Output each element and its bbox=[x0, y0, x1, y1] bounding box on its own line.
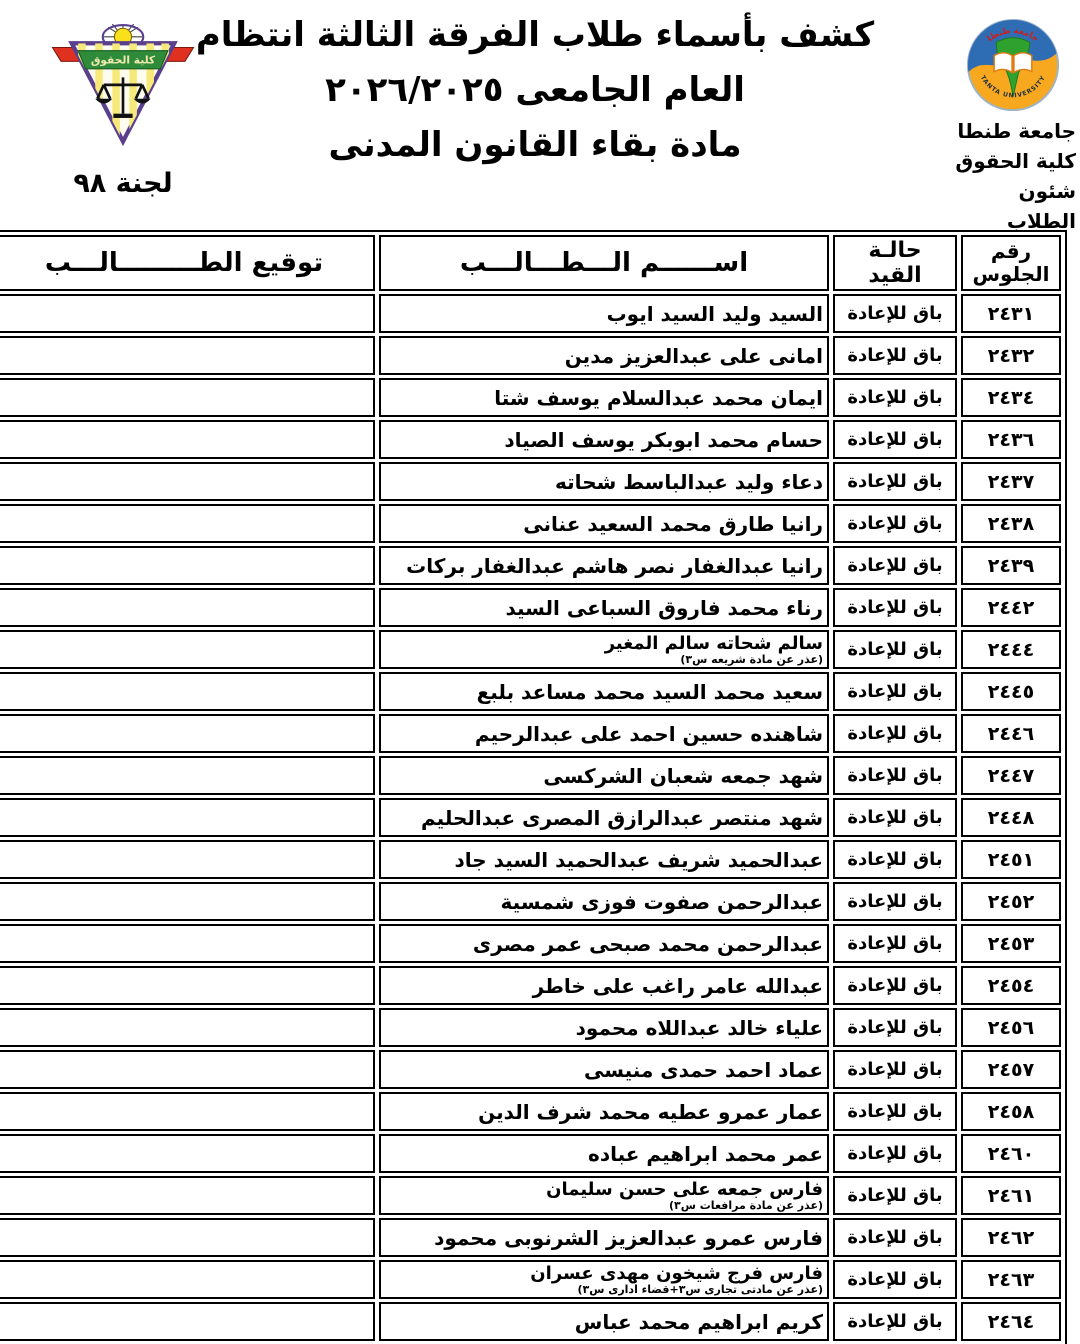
seat-number-cell: ٢٤٦١ bbox=[961, 1176, 1061, 1215]
seat-number-cell: ٢٤٤٦ bbox=[961, 714, 1061, 753]
student-name-cell: رانيا طارق محمد السعيد عنانى bbox=[379, 504, 829, 543]
student-row: ٢٤٦١ باق للإعادة فارس جمعه على حسن سليما… bbox=[0, 1176, 1061, 1215]
student-name: عبدالرحمن محمد صبحى عمر مصرى bbox=[473, 932, 823, 956]
signature-cell bbox=[0, 756, 375, 795]
status-cell: باق للإعادة bbox=[833, 1218, 957, 1257]
student-row: ٢٤٤٨ باق للإعادة شهد منتصر عبدالرازق الم… bbox=[0, 798, 1061, 837]
student-name: رانيا عبدالغفار نصر هاشم عبدالغفار بركات bbox=[406, 554, 823, 578]
student-row: ٢٤٥٤ باق للإعادة عبدالله عامر راغب على خ… bbox=[0, 966, 1061, 1005]
seat-number-cell: ٢٤٤٨ bbox=[961, 798, 1061, 837]
student-name-cell: سالم شحاته سالم المغير (عذر عن مادة شريع… bbox=[379, 630, 829, 669]
student-row: ٢٤٥١ باق للإعادة عبدالحميد شريف عبدالحمي… bbox=[0, 840, 1061, 879]
student-row: ٢٤٤٤ باق للإعادة سالم شحاته سالم المغير … bbox=[0, 630, 1061, 669]
student-name-cell: فارس فرج شيخون مهدى عسران (عذر عن مادتى … bbox=[379, 1260, 829, 1299]
student-name-cell: السيد وليد السيد ايوب bbox=[379, 294, 829, 333]
student-name: ايمان محمد عبدالسلام يوسف شتا bbox=[494, 386, 823, 410]
student-name: امانى على عبدالعزيز مدين bbox=[565, 344, 823, 368]
signature-cell bbox=[0, 420, 375, 459]
student-name: كريم ابراهيم محمد عباس bbox=[575, 1310, 823, 1334]
seat-number-cell: ٢٤٥٨ bbox=[961, 1092, 1061, 1131]
signature-cell bbox=[0, 1008, 375, 1047]
status-cell: باق للإعادة bbox=[833, 630, 957, 669]
student-name-cell: علياء خالد عبداللاه محمود bbox=[379, 1008, 829, 1047]
status-cell: باق للإعادة bbox=[833, 504, 957, 543]
status-cell: باق للإعادة bbox=[833, 1302, 957, 1341]
signature-cell bbox=[0, 462, 375, 501]
seat-number-cell: ٢٤٥٦ bbox=[961, 1008, 1061, 1047]
faculty-block: كلية الحقوق لجنة ٩٨ bbox=[38, 24, 208, 199]
student-name: دعاء وليد عبدالباسط شحاته bbox=[555, 470, 823, 494]
seat-number-cell: ٢٤٣١ bbox=[961, 294, 1061, 333]
student-name-cell: فارس عمرو عبدالعزيز الشرنوبى محمود bbox=[379, 1218, 829, 1257]
signature-cell bbox=[0, 672, 375, 711]
student-name-cell: فارس جمعه على حسن سليمان (عذر عن مادة مر… bbox=[379, 1176, 829, 1215]
faculty-name: كلية الحقوق bbox=[948, 146, 1076, 176]
title-line-2: العام الجامعى ٢٠٢٦/٢٠٢٥ bbox=[195, 63, 875, 118]
student-table-body: ٢٤٣١ باق للإعادة السيد وليد السيد ايوب ٢… bbox=[0, 294, 1061, 1341]
student-name-cell: رانيا عبدالغفار نصر هاشم عبدالغفار بركات bbox=[379, 546, 829, 585]
student-name-cell: عمر محمد ابراهيم عباده bbox=[379, 1134, 829, 1173]
signature-cell bbox=[0, 1050, 375, 1089]
student-row: ٢٤٦٤ باق للإعادة كريم ابراهيم محمد عباس bbox=[0, 1302, 1061, 1341]
seat-number-cell: ٢٤٤٥ bbox=[961, 672, 1061, 711]
signature-cell bbox=[0, 1260, 375, 1299]
student-name: شاهنده حسين احمد على عبدالرحيم bbox=[475, 722, 823, 746]
student-name: سالم شحاته سالم المغير bbox=[605, 633, 823, 654]
student-name-cell: عبدالرحمن محمد صبحى عمر مصرى bbox=[379, 924, 829, 963]
student-name-cell: شهد منتصر عبدالرازق المصرى عبدالحليم bbox=[379, 798, 829, 837]
student-note: (عذر عن مادة شريعه س٣) bbox=[385, 654, 823, 665]
student-name: رناء محمد فاروق السباعى السيد bbox=[505, 596, 823, 620]
student-row: ٢٤٦٣ باق للإعادة فارس فرج شيخون مهدى عسر… bbox=[0, 1260, 1061, 1299]
signature-cell bbox=[0, 378, 375, 417]
student-name: عبدالحميد شريف عبدالحميد السيد جاد bbox=[455, 848, 823, 872]
student-row: ٢٤٣١ باق للإعادة السيد وليد السيد ايوب bbox=[0, 294, 1061, 333]
student-name: علياء خالد عبداللاه محمود bbox=[576, 1016, 823, 1040]
signature-cell bbox=[0, 840, 375, 879]
signature-cell bbox=[0, 1134, 375, 1173]
university-name: جامعة طنطا bbox=[948, 116, 1076, 146]
signature-cell bbox=[0, 336, 375, 375]
law-faculty-logo-icon: كلية الحقوق bbox=[48, 24, 198, 150]
seat-number-cell: ٢٤٦٠ bbox=[961, 1134, 1061, 1173]
student-note: (عذر عن مادتى تجارى س٣+قضاء ادارى س٣) bbox=[385, 1284, 823, 1295]
signature-cell bbox=[0, 504, 375, 543]
student-row: ٢٤٥٢ باق للإعادة عبدالرحمن صفوت فوزى شمس… bbox=[0, 882, 1061, 921]
status-cell: باق للإعادة bbox=[833, 966, 957, 1005]
student-row: ٢٤٣٦ باق للإعادة حسام محمد ابوبكر يوسف ا… bbox=[0, 420, 1061, 459]
student-name: سعيد محمد السيد محمد مساعد بلبع bbox=[477, 680, 823, 704]
student-name: السيد وليد السيد ايوب bbox=[607, 302, 823, 326]
student-name: شهد منتصر عبدالرازق المصرى عبدالحليم bbox=[421, 806, 823, 830]
column-header-signature: توقيع الطـــــــــالـــب bbox=[0, 235, 375, 291]
committee-number: لجنة ٩٨ bbox=[38, 168, 208, 199]
seat-header-line1: رقم bbox=[967, 240, 1055, 263]
status-cell: باق للإعادة bbox=[833, 714, 957, 753]
student-name-cell: امانى على عبدالعزيز مدين bbox=[379, 336, 829, 375]
signature-cell bbox=[0, 1092, 375, 1131]
signature-cell bbox=[0, 714, 375, 753]
student-name: فارس عمرو عبدالعزيز الشرنوبى محمود bbox=[434, 1226, 823, 1250]
student-row: ٢٤٣٧ باق للإعادة دعاء وليد عبدالباسط شحا… bbox=[0, 462, 1061, 501]
header-row: رقم الجلوس حالـة القيد اســــــم الـــطـ… bbox=[0, 235, 1061, 291]
student-name: رانيا طارق محمد السعيد عنانى bbox=[523, 512, 823, 536]
status-cell: باق للإعادة bbox=[833, 294, 957, 333]
student-name-cell: عبدالرحمن صفوت فوزى شمسية bbox=[379, 882, 829, 921]
student-name-cell: عبدالله عامر راغب على خاطر bbox=[379, 966, 829, 1005]
student-name-cell: حسام محمد ابوبكر يوسف الصياد bbox=[379, 420, 829, 459]
student-row: ٢٤٥٧ باق للإعادة عماد احمد حمدى منيسى bbox=[0, 1050, 1061, 1089]
student-row: ٢٤٣٢ باق للإعادة امانى على عبدالعزيز مدي… bbox=[0, 336, 1061, 375]
title-line-3: مادة بقاء القانون المدنى bbox=[195, 118, 875, 173]
page-header: كشف بأسماء طلاب الفرقة الثالثة انتظام ال… bbox=[0, 0, 1080, 228]
student-name: حسام محمد ابوبكر يوسف الصياد bbox=[504, 428, 823, 452]
student-row: ٢٤٥٦ باق للإعادة علياء خالد عبداللاه محم… bbox=[0, 1008, 1061, 1047]
student-name: فارس فرج شيخون مهدى عسران bbox=[530, 1263, 823, 1284]
signature-cell bbox=[0, 294, 375, 333]
student-name-cell: سعيد محمد السيد محمد مساعد بلبع bbox=[379, 672, 829, 711]
seat-number-cell: ٢٤٤٧ bbox=[961, 756, 1061, 795]
student-name-cell: عبدالحميد شريف عبدالحميد السيد جاد bbox=[379, 840, 829, 879]
status-cell: باق للإعادة bbox=[833, 1176, 957, 1215]
student-row: ٢٤٥٨ باق للإعادة عمار عمرو عطيه محمد شرف… bbox=[0, 1092, 1061, 1131]
status-cell: باق للإعادة bbox=[833, 798, 957, 837]
status-cell: باق للإعادة bbox=[833, 1092, 957, 1131]
status-cell: باق للإعادة bbox=[833, 420, 957, 459]
seat-number-cell: ٢٤٣٧ bbox=[961, 462, 1061, 501]
column-header-seat-number: رقم الجلوس bbox=[961, 235, 1061, 291]
document-title: كشف بأسماء طلاب الفرقة الثالثة انتظام ال… bbox=[195, 8, 875, 173]
column-header-student-name: اســــــم الـــطـــالـــب bbox=[379, 235, 829, 291]
signature-cell bbox=[0, 1302, 375, 1341]
status-cell: باق للإعادة bbox=[833, 1050, 957, 1089]
signature-cell bbox=[0, 924, 375, 963]
status-cell: باق للإعادة bbox=[833, 924, 957, 963]
status-cell: باق للإعادة bbox=[833, 1134, 957, 1173]
seat-number-cell: ٢٤٣٤ bbox=[961, 378, 1061, 417]
office-name: شئون الطلاب bbox=[948, 176, 1076, 236]
student-row: ٢٤٣٨ باق للإعادة رانيا طارق محمد السعيد … bbox=[0, 504, 1061, 543]
student-row: ٢٤٤٦ باق للإعادة شاهنده حسين احمد على عب… bbox=[0, 714, 1061, 753]
seat-number-cell: ٢٤٤٤ bbox=[961, 630, 1061, 669]
student-row: ٢٤٦٠ باق للإعادة عمر محمد ابراهيم عباده bbox=[0, 1134, 1061, 1173]
seat-number-cell: ٢٤٣٢ bbox=[961, 336, 1061, 375]
status-cell: باق للإعادة bbox=[833, 840, 957, 879]
seat-number-cell: ٢٤٣٨ bbox=[961, 504, 1061, 543]
seat-number-cell: ٢٤٥٧ bbox=[961, 1050, 1061, 1089]
student-name: عماد احمد حمدى منيسى bbox=[584, 1058, 823, 1082]
table-header: رقم الجلوس حالـة القيد اســــــم الـــطـ… bbox=[0, 235, 1061, 291]
student-row: ٢٤٣٤ باق للإعادة ايمان محمد عبدالسلام يو… bbox=[0, 378, 1061, 417]
seat-number-cell: ٢٤٦٤ bbox=[961, 1302, 1061, 1341]
student-row: ٢٤٦٢ باق للإعادة فارس عمرو عبدالعزيز الش… bbox=[0, 1218, 1061, 1257]
status-cell: باق للإعادة bbox=[833, 672, 957, 711]
university-block: جامعة طنطا TANTA UNIVERSITY جامعة طنطا ك… bbox=[948, 18, 1078, 236]
seat-number-cell: ٢٤٥٤ bbox=[961, 966, 1061, 1005]
status-cell: باق للإعادة bbox=[833, 462, 957, 501]
student-name-cell: شهد جمعه شعبان الشركسى bbox=[379, 756, 829, 795]
seat-number-cell: ٢٤٤٢ bbox=[961, 588, 1061, 627]
student-name-cell: دعاء وليد عبدالباسط شحاته bbox=[379, 462, 829, 501]
student-name: فارس جمعه على حسن سليمان bbox=[546, 1179, 823, 1200]
status-cell: باق للإعادة bbox=[833, 378, 957, 417]
student-name-cell: شاهنده حسين احمد على عبدالرحيم bbox=[379, 714, 829, 753]
seat-number-cell: ٢٤٣٦ bbox=[961, 420, 1061, 459]
law-logo-text: كلية الحقوق bbox=[91, 54, 156, 67]
student-name-cell: عماد احمد حمدى منيسى bbox=[379, 1050, 829, 1089]
student-name: عبدالله عامر راغب على خاطر bbox=[533, 974, 823, 998]
status-cell: باق للإعادة bbox=[833, 756, 957, 795]
signature-cell bbox=[0, 798, 375, 837]
student-row: ٢٤٥٣ باق للإعادة عبدالرحمن محمد صبحى عمر… bbox=[0, 924, 1061, 963]
student-name: عبدالرحمن صفوت فوزى شمسية bbox=[501, 890, 823, 914]
title-line-1: كشف بأسماء طلاب الفرقة الثالثة انتظام bbox=[195, 8, 875, 63]
student-row: ٢٤٤٢ باق للإعادة رناء محمد فاروق السباعى… bbox=[0, 588, 1061, 627]
seat-header-line2: الجلوس bbox=[967, 263, 1055, 286]
seat-number-cell: ٢٤٦٢ bbox=[961, 1218, 1061, 1257]
signature-cell bbox=[0, 966, 375, 1005]
column-header-status: حالـة القيد bbox=[833, 235, 957, 291]
student-name-cell: ايمان محمد عبدالسلام يوسف شتا bbox=[379, 378, 829, 417]
signature-cell bbox=[0, 546, 375, 585]
student-row: ٢٤٣٩ باق للإعادة رانيا عبدالغفار نصر هاش… bbox=[0, 546, 1061, 585]
student-name-cell: عمار عمرو عطيه محمد شرف الدين bbox=[379, 1092, 829, 1131]
seat-number-cell: ٢٤٥٢ bbox=[961, 882, 1061, 921]
student-list-table: رقم الجلوس حالـة القيد اســــــم الـــطـ… bbox=[0, 230, 1067, 1344]
tanta-university-logo-icon: جامعة طنطا TANTA UNIVERSITY bbox=[966, 18, 1060, 112]
status-cell: باق للإعادة bbox=[833, 1008, 957, 1047]
student-name: عمار عمرو عطيه محمد شرف الدين bbox=[478, 1100, 823, 1124]
student-row: ٢٤٤٥ باق للإعادة سعيد محمد السيد محمد مس… bbox=[0, 672, 1061, 711]
signature-cell bbox=[0, 882, 375, 921]
signature-cell bbox=[0, 630, 375, 669]
seat-number-cell: ٢٤٥٣ bbox=[961, 924, 1061, 963]
status-cell: باق للإعادة bbox=[833, 882, 957, 921]
seat-number-cell: ٢٤٦٣ bbox=[961, 1260, 1061, 1299]
seat-number-cell: ٢٤٣٩ bbox=[961, 546, 1061, 585]
status-cell: باق للإعادة bbox=[833, 336, 957, 375]
student-name-cell: رناء محمد فاروق السباعى السيد bbox=[379, 588, 829, 627]
student-name: شهد جمعه شعبان الشركسى bbox=[543, 764, 823, 788]
signature-cell bbox=[0, 1218, 375, 1257]
signature-cell bbox=[0, 588, 375, 627]
status-cell: باق للإعادة bbox=[833, 546, 957, 585]
student-name-cell: كريم ابراهيم محمد عباس bbox=[379, 1302, 829, 1341]
student-note: (عذر عن مادة مرافعات س٣) bbox=[385, 1200, 823, 1211]
student-name: عمر محمد ابراهيم عباده bbox=[588, 1142, 823, 1166]
student-row: ٢٤٤٧ باق للإعادة شهد جمعه شعبان الشركسى bbox=[0, 756, 1061, 795]
seat-number-cell: ٢٤٥١ bbox=[961, 840, 1061, 879]
status-cell: باق للإعادة bbox=[833, 1260, 957, 1299]
status-cell: باق للإعادة bbox=[833, 588, 957, 627]
signature-cell bbox=[0, 1176, 375, 1215]
